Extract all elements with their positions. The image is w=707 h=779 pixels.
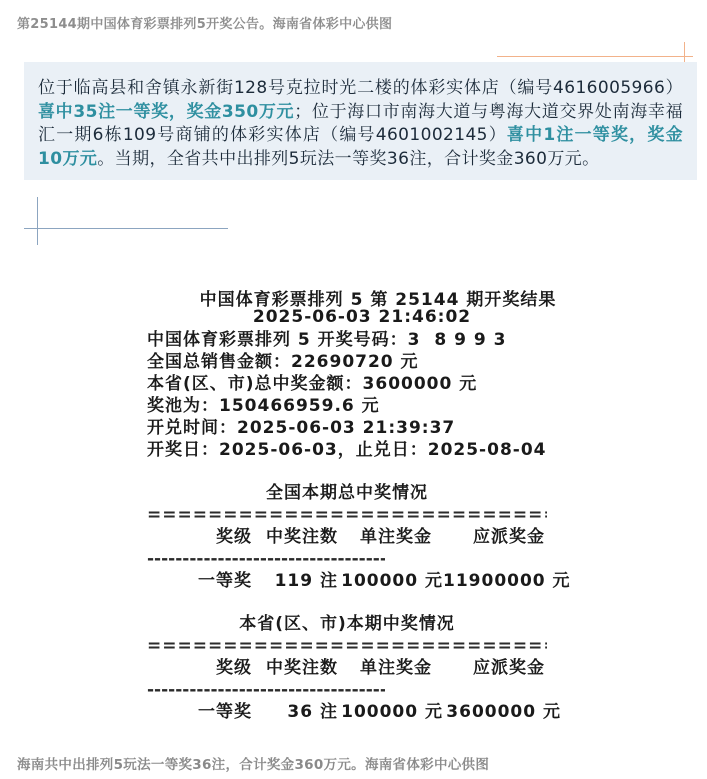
results-datetime: 2025-06-03 21:46:02 [147, 307, 577, 327]
table-double-rule: ========================================… [147, 504, 547, 526]
results-info-line: 奖池为：150466959.6 元 [147, 395, 546, 417]
table-single-rule: ----------------------------------------… [147, 548, 385, 570]
table-cell: 11900000 元 [443, 570, 561, 592]
results-info-line: 开奖日：2025-06-03，止兑日：2025-08-04 [147, 439, 546, 461]
results-info-line: 本省(区、市)总中奖金额：3600000 元 [147, 373, 546, 395]
table-title: 全国本期总中奖情况 [147, 482, 547, 504]
table-title: 本省(区、市)本期中奖情况 [147, 613, 547, 635]
highlight-segment-bold: 喜中35注一等奖，奖金350万元 [38, 102, 294, 122]
table-header-cell: 应派奖金 [443, 526, 561, 548]
table-header-cell: 奖级 [147, 526, 252, 548]
table-cell: 36 注 [252, 701, 338, 723]
national-prize-table: 全国本期总中奖情况===============================… [147, 482, 567, 592]
highlight-segment: 。当期，全省共中出排列5玩法一等奖36注，合计奖金360万元。 [97, 149, 599, 169]
decor-cross-vertical-bottom-left [37, 197, 38, 245]
table-cell: 100000 元 [338, 701, 443, 723]
table-cell: 3600000 元 [443, 701, 561, 723]
table-header-cell: 单注奖金 [338, 657, 443, 679]
table-cell: 100000 元 [338, 570, 443, 592]
table-cell: 一等奖 [147, 701, 252, 723]
highlight-text: 位于临高县和舍镇永新街128号克拉时光二楼的体彩实体店（编号4616005966… [38, 77, 683, 171]
table-single-rule: ----------------------------------------… [147, 679, 385, 701]
results-info-line: 开兑时间：2025-06-03 21:39:37 [147, 417, 546, 439]
results-info-line: 中国体育彩票排列 5 开奖号码：3 8 9 9 3 [147, 329, 546, 351]
table-header-row: 奖级中奖注数单注奖金应派奖金 [147, 526, 567, 548]
article-caption-top: 第25144期中国体育彩票排列5开奖公告。海南省体彩中心供图 [17, 13, 392, 32]
table-header-row: 奖级中奖注数单注奖金应派奖金 [147, 657, 567, 679]
highlight-box: 位于临高县和舍镇永新街128号克拉时光二楼的体彩实体店（编号4616005966… [24, 62, 697, 180]
table-header-cell: 中奖注数 [252, 657, 338, 679]
table-header-cell: 单注奖金 [338, 526, 443, 548]
table-cell: 119 注 [252, 570, 338, 592]
article-page: { "captions": { "top": "第25144期中国体育彩票排列5… [0, 0, 707, 779]
table-row: 一等奖119 注100000 元11900000 元 [147, 570, 567, 592]
article-caption-bottom: 海南共中出排列5玩法一等奖36注，合计奖金360万元。海南省体彩中心供图 [17, 753, 489, 773]
table-row: 一等奖36 注100000 元3600000 元 [147, 701, 567, 723]
highlight-segment: 位于临高县和舍镇永新街128号克拉时光二楼的体彩实体店（编号4616005966… [38, 78, 683, 98]
table-header-cell: 中奖注数 [252, 526, 338, 548]
table-header-cell: 应派奖金 [443, 657, 561, 679]
decor-cross-horizontal-top-right [497, 56, 693, 57]
results-info-lines: 中国体育彩票排列 5 开奖号码：3 8 9 9 3全国总销售金额：2269072… [147, 329, 546, 461]
provincial-prize-table: 本省(区、市)本期中奖情况===========================… [147, 613, 567, 723]
table-header-cell: 奖级 [147, 657, 252, 679]
results-info-line: 全国总销售金额：22690720 元 [147, 351, 546, 373]
table-double-rule: ========================================… [147, 635, 547, 657]
table-cell: 一等奖 [147, 570, 252, 592]
decor-cross-horizontal-bottom-left [24, 228, 228, 229]
